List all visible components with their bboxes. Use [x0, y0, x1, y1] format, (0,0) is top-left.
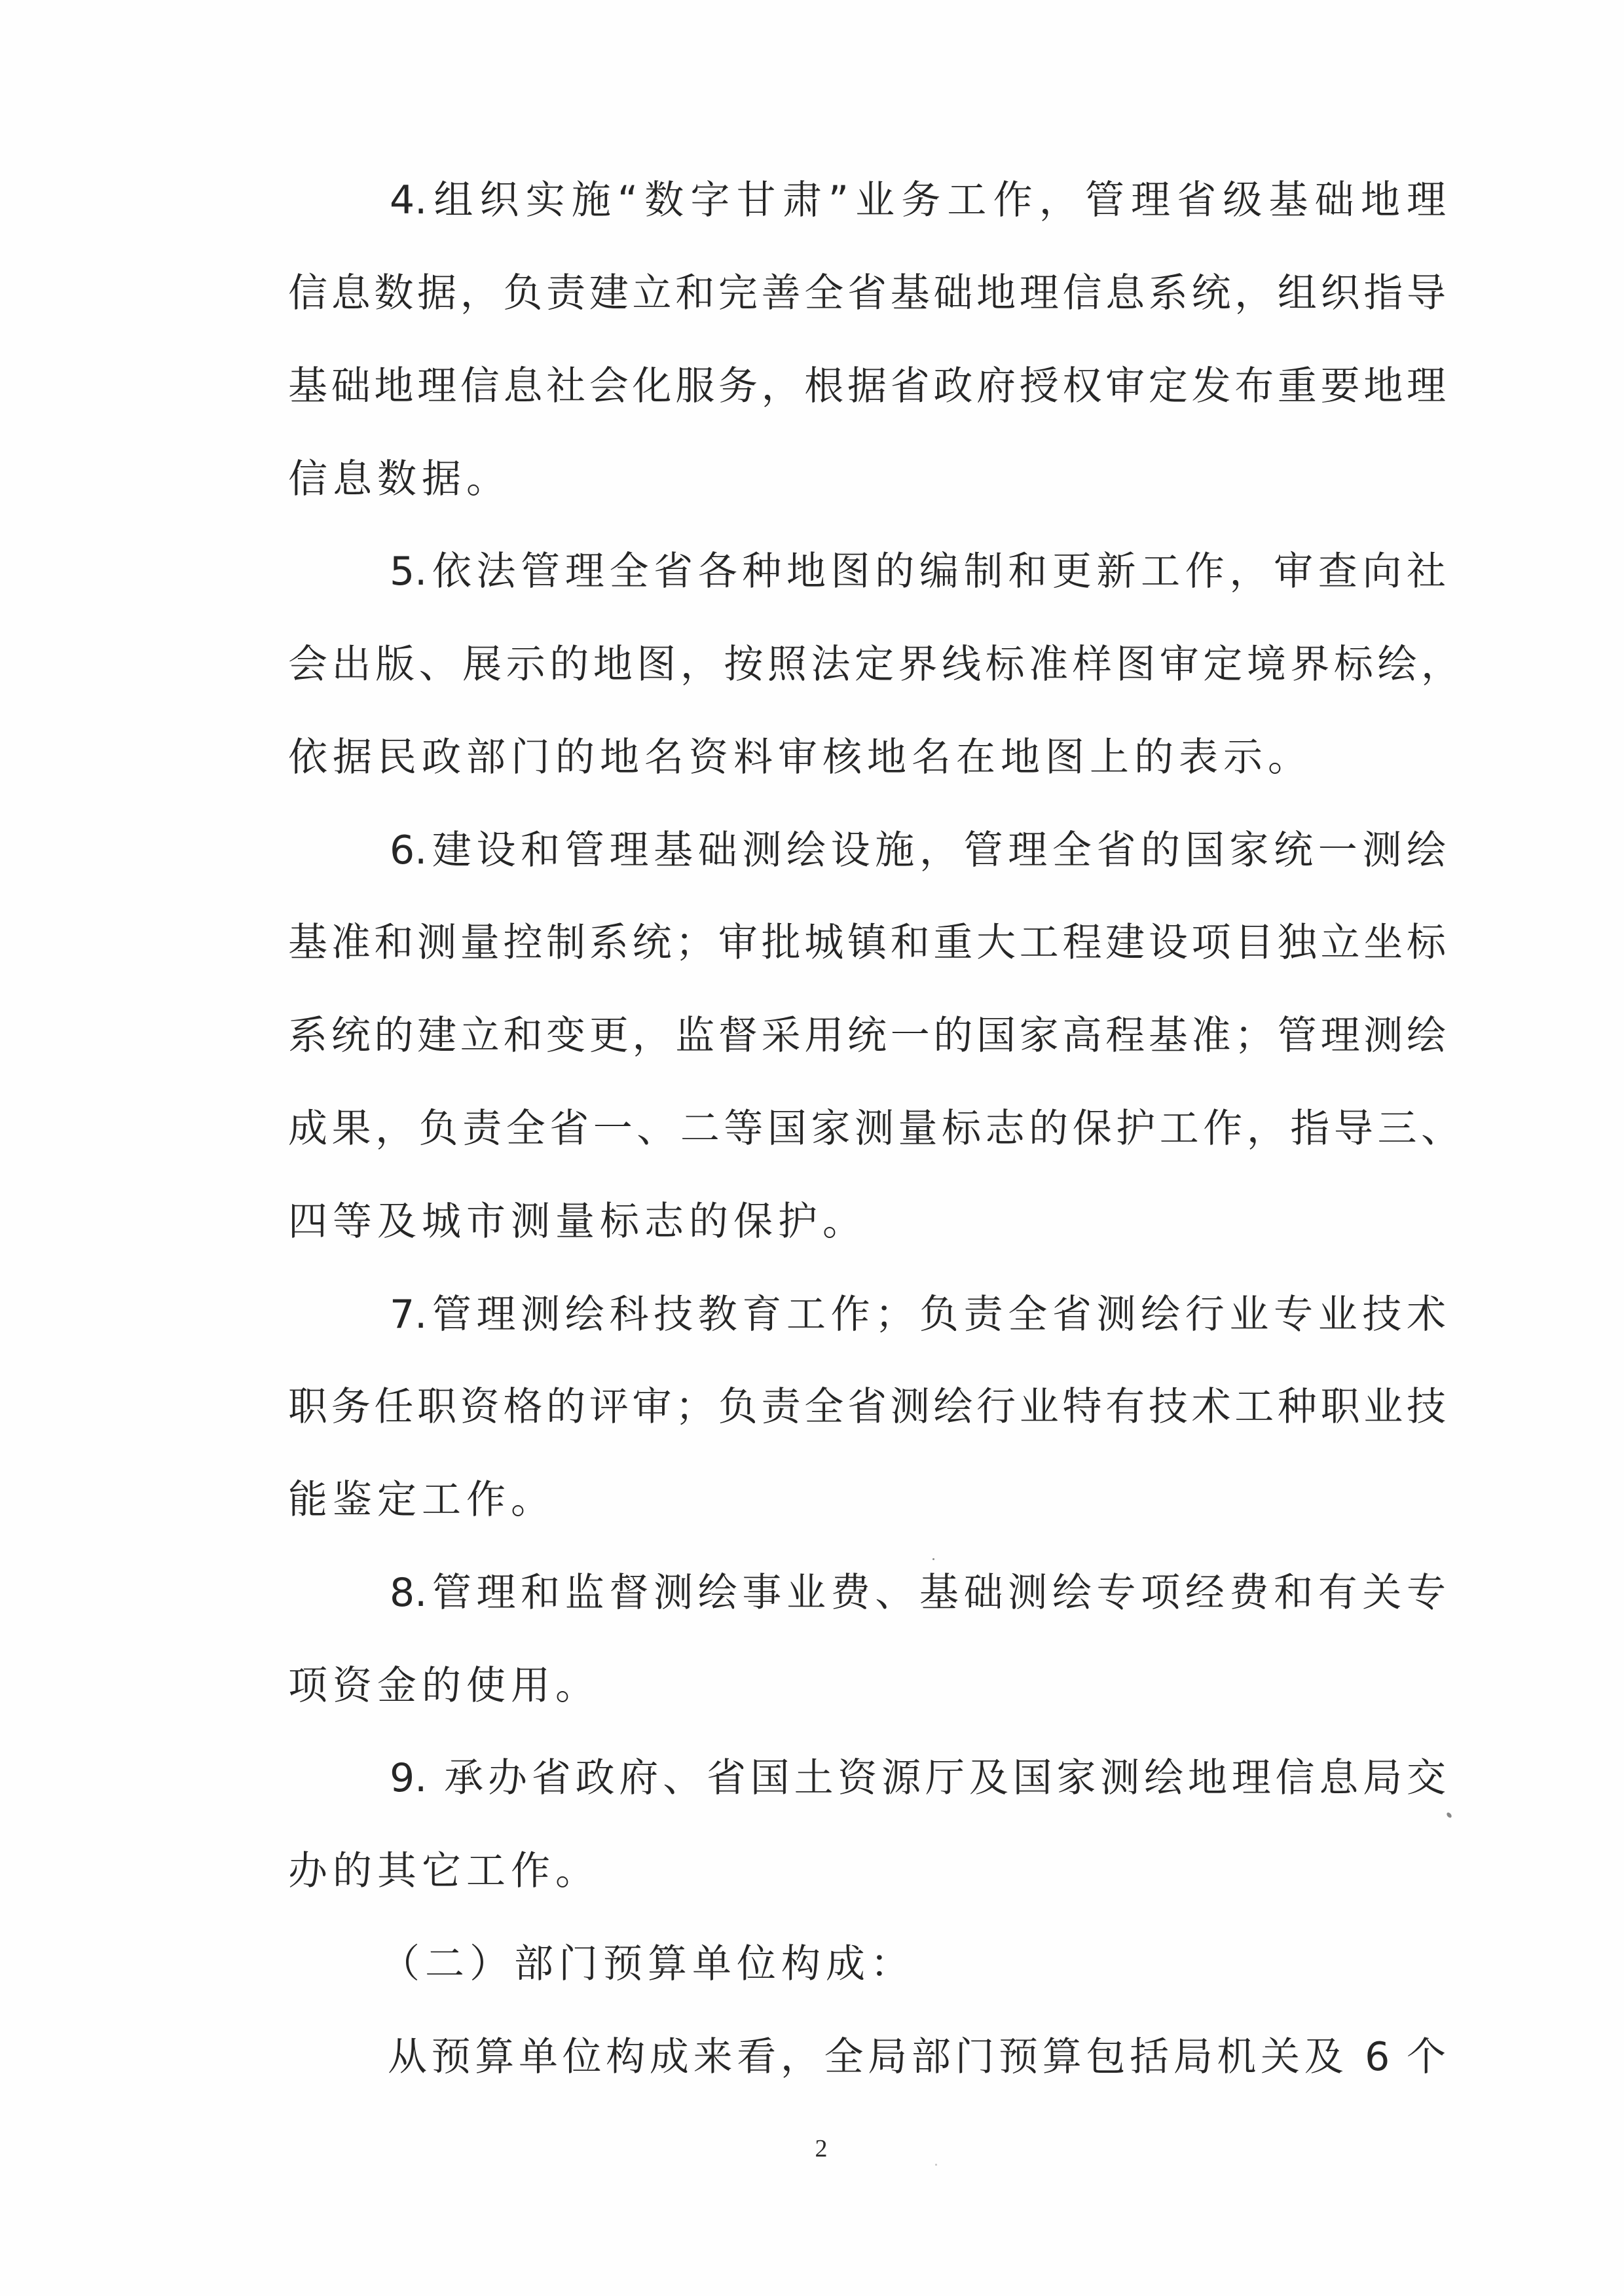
- text-line: 基准和测量控制系统；审批城镇和重大工程建设项目独立坐标: [288, 918, 1446, 968]
- text-line: 6.建设和管理基础测绘设施，管理全省的国家统一测绘: [390, 826, 1446, 875]
- text-line: 成果，负责全省一、二等国家测量标志的保护工作，指导三、: [288, 1104, 1460, 1154]
- text-line: 能鉴定工作。: [288, 1475, 555, 1525]
- text-line: 信息数据，负责建立和完善全省基础地理信息系统，组织指导: [288, 268, 1446, 318]
- scan-speck: [1446, 1812, 1452, 1819]
- text-line: 会出版、展示的地图，按照法定界线标准样图审定境界标绘，: [288, 640, 1460, 689]
- scan-speck: [935, 2164, 937, 2166]
- text-line: 四等及城市测量标志的保护。: [288, 1197, 867, 1247]
- document-page: 4.组织实施“数字甘肃”业务工作，管理省级基础地理 信息数据，负责建立和完善全省…: [0, 0, 1624, 2296]
- text-line: 5.依法管理全省各种地图的编制和更新工作，审查向社: [390, 547, 1446, 596]
- scan-speck: [932, 1558, 934, 1560]
- text-line: 职务任职资格的评审；负责全省测绘行业特有技术工种职业技: [288, 1382, 1446, 1432]
- text-line: 7.管理测绘科技教育工作；负责全省测绘行业专业技术: [390, 1290, 1446, 1339]
- page-number: 2: [808, 2136, 834, 2162]
- text-line: 项资金的使用。: [288, 1661, 600, 1711]
- text-line: 信息数据。: [288, 454, 511, 504]
- text-line: 9. 承办省政府、省国土资源厅及国家测绘地理信息局交: [390, 1753, 1446, 1803]
- text-line: 8.管理和监督测绘事业费、基础测绘专项经费和有关专: [390, 1568, 1446, 1618]
- text-line: 从预算单位构成来看，全局部门预算包括局机关及 6 个: [388, 2032, 1446, 2082]
- section-heading: （二）部门预算单位构成：: [380, 1939, 915, 1989]
- text-line: 依据民政部门的地名资料审核地名在地图上的表示。: [288, 733, 1312, 782]
- text-line: 办的其它工作。: [288, 1846, 600, 1896]
- text-line: 基础地理信息社会化服务，根据省政府授权审定发布重要地理: [288, 361, 1446, 411]
- text-line: 系统的建立和变更，监督采用统一的国家高程基准；管理测绘: [288, 1011, 1446, 1061]
- text-line: 4.组织实施“数字甘肃”业务工作，管理省级基础地理: [390, 175, 1446, 225]
